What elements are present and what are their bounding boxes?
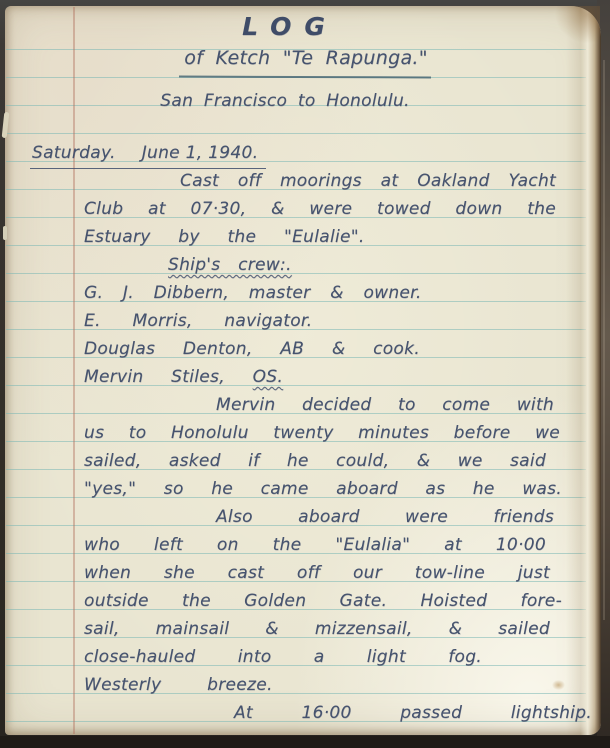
photo-bottom-shadow xyxy=(0,736,610,748)
crew-member: Douglas Denton, AB & cook. xyxy=(84,335,420,363)
log-line: Mervin decided to come with xyxy=(216,391,554,419)
log-line: us to Honolulu twenty minutes before we xyxy=(84,419,560,447)
log-line: Club at 07·30, & were towed down the xyxy=(84,195,556,223)
log-line: when she cast off our tow-line just xyxy=(84,559,550,587)
crew-member-rating: OS. xyxy=(253,367,283,387)
ink-stain xyxy=(552,680,565,690)
log-line: Also aboard were friends xyxy=(216,503,554,531)
voyage-route: San Francisco to Honolulu. xyxy=(130,87,440,115)
log-line: Westerly breeze. xyxy=(84,671,273,699)
binding-nick xyxy=(3,226,7,240)
photograph-background: LOG of Ketch "Te Rapunga." San Francisco… xyxy=(0,0,610,748)
log-subtitle: of Ketch "Te Rapunga." xyxy=(151,44,461,72)
entry-date-day: Saturday. xyxy=(32,143,116,163)
crew-member-name: Mervin Stiles, xyxy=(84,367,225,387)
entry-date-full: June 1, 1940. xyxy=(142,143,259,163)
crew-member: E. Morris, navigator. xyxy=(84,307,312,335)
log-line: At 16·00 passed lightship. xyxy=(234,699,592,727)
crew-member: Mervin Stiles, OS. xyxy=(84,363,283,391)
log-line: sailed, asked if he could, & we said xyxy=(84,447,546,475)
margin-line xyxy=(73,7,75,734)
log-line: "yes," so he came aboard as he was. xyxy=(84,475,562,503)
page-fold-right xyxy=(566,6,601,735)
log-line: Cast off moorings at Oakland Yacht xyxy=(180,167,556,195)
crew-member: G. J. Dibbern, master & owner. xyxy=(84,279,422,307)
log-line: Estuary by the "Eulalie". xyxy=(84,223,365,251)
log-title: LOG xyxy=(170,13,410,41)
log-line: who left on the "Eulalia" at 10·00 xyxy=(84,531,546,559)
log-line: close-hauled into a light fog. xyxy=(84,643,482,671)
entry-date: Saturday.June 1, 1940. xyxy=(30,139,266,167)
crew-heading: Ship's crew:. xyxy=(168,251,292,279)
log-line: outside the Golden Gate. Hoisted fore- xyxy=(84,587,562,615)
log-line: sail, mainsail & mizzensail, & sailed xyxy=(84,615,550,643)
corner-stain xyxy=(552,6,600,46)
